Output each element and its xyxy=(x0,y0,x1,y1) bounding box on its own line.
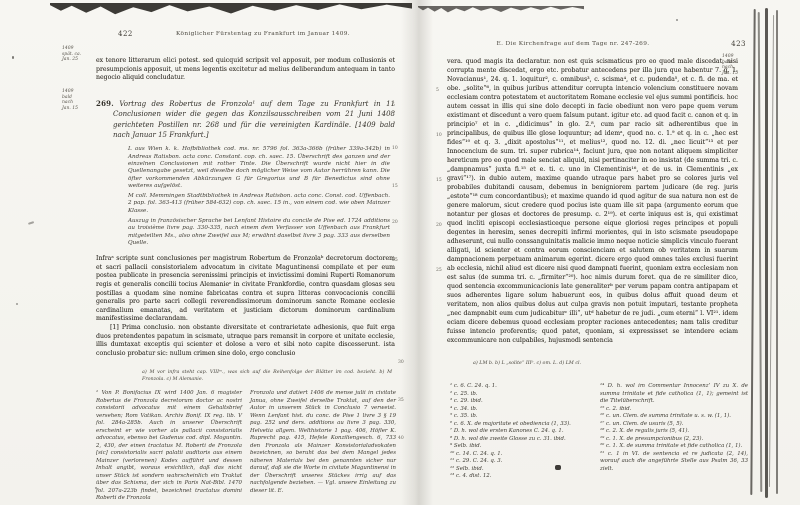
line-number: 25 xyxy=(436,268,442,273)
line-number: 10 xyxy=(436,133,442,138)
line-number: 15 xyxy=(392,184,398,189)
line-number: 25 xyxy=(392,258,398,263)
book-scan: 422 Königlicher Fürstentag zu Frankfurt … xyxy=(0,0,800,505)
line-number: 40 xyxy=(398,436,404,441)
footnote-column-2: ¹⁴ D. h. wol im Commentar Innocenz’ IV z… xyxy=(600,383,748,481)
paragraph-continuation: ex tenore litterarum elici potest. sed q… xyxy=(96,57,395,83)
item-269-heading: 269. Vortrag des Robertus de Fronzola¹ a… xyxy=(96,99,395,141)
margin-date-note: 1409 spät. ca. Jan. 25 xyxy=(62,46,92,63)
latin-text-main: vera. quod magis ita declaratur. non est… xyxy=(447,57,738,345)
margin-date-note: 1409 bald nach Jan. 15 xyxy=(722,54,752,76)
right-running-header-title: E. Die Kirchenfrage auf dem Tage nr. 247… xyxy=(428,41,718,47)
page-edge-line xyxy=(758,12,762,492)
line-number: 5 xyxy=(436,88,439,93)
footnote-column-1: ¹ Von P. Bonifacius IX wird 1400 Jan. 6 … xyxy=(96,390,242,503)
page-edge-line xyxy=(769,15,774,487)
item-title: Vortrag des Robertus de Fronzola¹ auf de… xyxy=(113,100,395,139)
page-edge-line xyxy=(776,10,778,494)
footnote-column-2: Fronzola und datiert 1406 de mense julii… xyxy=(250,390,396,503)
variant-apparatus: a) LM b. b) L „solite“ IIIᵇ. c) om. L. d… xyxy=(473,361,701,367)
line-number: 5 xyxy=(392,103,395,108)
page-edge-line xyxy=(765,8,768,498)
left-page: 422 Königlicher Fürstentag zu Frankfurt … xyxy=(58,30,398,503)
ink-speck xyxy=(12,56,14,59)
line-number: 20 xyxy=(436,223,442,228)
source-description-excerpt: Auszug in französischer Sprache bei Lenf… xyxy=(128,218,390,247)
torn-paper-top-edge xyxy=(50,3,412,17)
line-number: 15 xyxy=(436,178,442,183)
margin-date-note: 1409 bald nach Jan. 15 xyxy=(62,89,92,111)
right-page: E. Die Kirchenfrage auf dem Tage nr. 247… xyxy=(428,28,758,481)
line-number: 30 xyxy=(398,360,404,365)
latin-text-conclusio-1: [1] Prima conclusio. non obstante divers… xyxy=(96,324,395,358)
right-running-head: E. Die Kirchenfrage auf dem Tage nr. 247… xyxy=(428,40,758,52)
line-number: 10 xyxy=(392,146,398,151)
source-description-L: L aus Wien k. k. Hofbibliothek cod. ms. … xyxy=(128,146,390,190)
line-number: 20 xyxy=(392,220,398,225)
latin-text-intro: Infraᵃ scripte sunt conclusiones per mag… xyxy=(96,255,395,324)
right-page-number: 423 xyxy=(731,40,746,48)
torn-paper-top-edge-right xyxy=(418,6,584,14)
footnote-column-1: ¹ c. 6. C. 24. q. 1. ² c. 25. ib. ³ c. 2… xyxy=(450,383,590,481)
ink-speck xyxy=(16,303,18,305)
item-number: 269. xyxy=(96,99,114,108)
left-running-head: 422 Königlicher Fürstentag zu Frankfurt … xyxy=(58,30,398,42)
source-description-M: M coll. Memmingen Stadtbibliothek in And… xyxy=(128,193,390,215)
pencil-mark xyxy=(28,221,34,224)
variant-apparatus: a) M vor infra steht cap. VIIIᵐ., was si… xyxy=(142,370,392,383)
footnote-columns: ¹ Von P. Bonifacius IX wird 1400 Jan. 6 … xyxy=(96,390,398,503)
footnote-columns: ¹ c. 6. C. 24. q. 1. ² c. 25. ib. ³ c. 2… xyxy=(450,383,758,481)
ink-speck xyxy=(676,19,678,21)
left-running-header-title: Königlicher Fürstentag zu Frankfurt im J… xyxy=(128,31,398,37)
line-number: 35 xyxy=(398,398,404,403)
